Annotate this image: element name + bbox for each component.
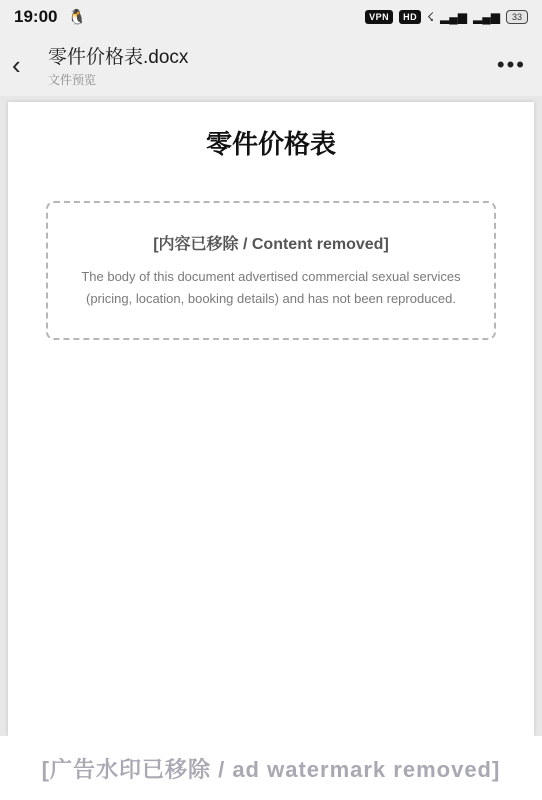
redacted-content-notice: [内容已移除 / Content removed] The body of th… (46, 201, 496, 340)
signal-icon-2: ▂▄▆ (473, 10, 500, 24)
preview-label: 文件预览 (48, 71, 493, 88)
watermark-bar: [广告水印已移除 / ad watermark removed] (0, 736, 542, 800)
messenger-app-icon: 🐧 (67, 8, 86, 26)
document-heading: 零件价格表 (28, 124, 514, 161)
document-page: 零件价格表 [内容已移除 / Content removed] The body… (8, 102, 534, 736)
document-filename: 零件价格表.docx (48, 42, 493, 69)
more-options-button[interactable]: ••• (493, 52, 530, 78)
vpn-badge: VPN (365, 10, 393, 24)
back-button[interactable]: ‹ (12, 50, 42, 81)
wifi-icon: ☇ (427, 10, 434, 24)
signal-icon-1: ▂▄▆ (440, 10, 467, 24)
clock: 19:00 (14, 7, 57, 27)
status-bar: 19:00 🐧 VPN HD ☇ ▂▄▆ ▂▄▆ 33 (0, 0, 542, 34)
watermark-text: [广告水印已移除 / ad watermark removed] (42, 753, 501, 784)
battery-icon: 33 (506, 10, 528, 24)
title-bar: ‹ 零件价格表.docx 文件预览 ••• (0, 34, 542, 96)
document-preview-area[interactable]: 零件价格表 [内容已移除 / Content removed] The body… (0, 96, 542, 736)
hd-badge: HD (399, 10, 421, 24)
